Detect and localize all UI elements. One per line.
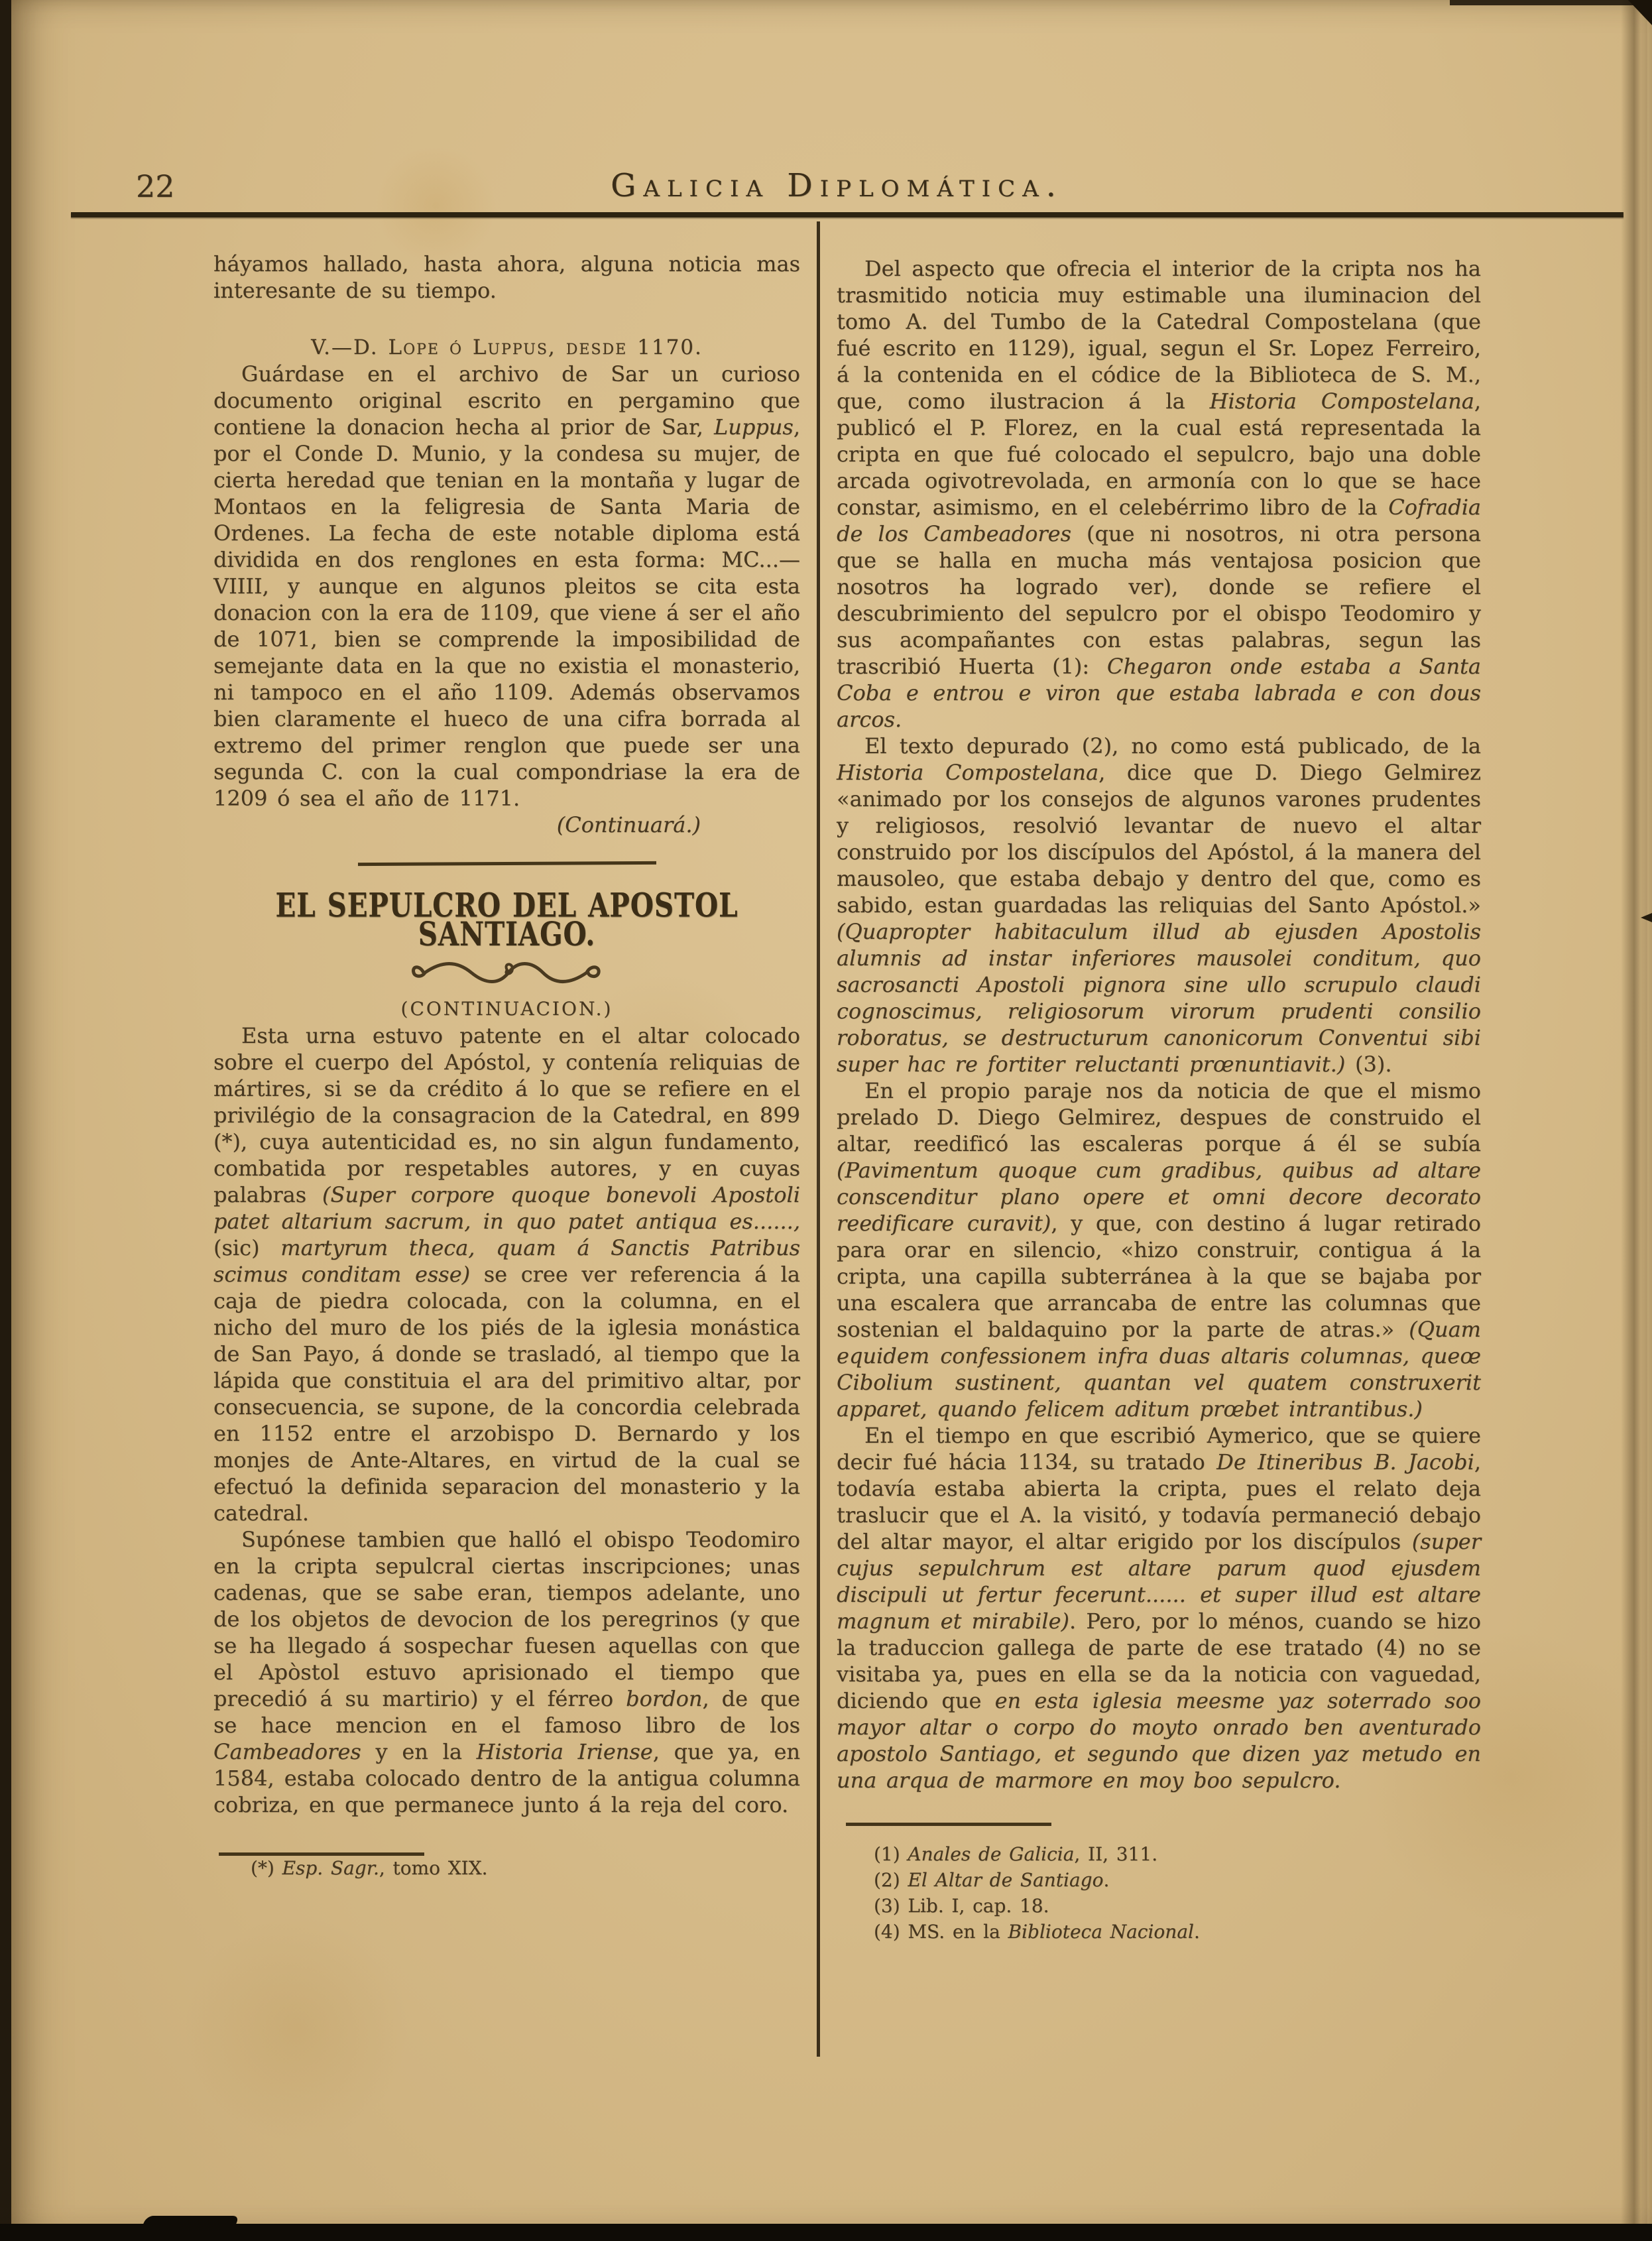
page-header: 22 Galicia Diplomática. (202, 167, 1472, 207)
scanned-document: 22 Galicia Diplomática. háyamos hallado,… (0, 0, 1652, 2241)
paragraph-continuation: háyamos hallado, hasta ahora, alguna not… (213, 251, 800, 304)
paragraph-donation: Guárdase en el archivo de Sar un curioso… (213, 361, 800, 812)
page-number: 22 (136, 168, 175, 204)
footnote-1: (1) Anales de Galicia, II, 311. (837, 1842, 1481, 1866)
to-be-continued-note: (Continuará.) (213, 812, 800, 838)
top-edge-shadow (1450, 0, 1652, 5)
header-rule (71, 212, 1623, 217)
continuation-label: (CONTINUACION.) (213, 996, 800, 1022)
paragraph-texto-depurado: El texto depurado (2), no como está publ… (837, 733, 1481, 1077)
left-column: háyamos hallado, hasta ahora, alguna not… (213, 251, 800, 1880)
right-column: Del aspecto que ofrecia el interior de l… (837, 255, 1481, 1944)
footnote-rule (846, 1823, 1051, 1826)
scan-bottom-edge (0, 2224, 1652, 2241)
paragraph-urn: Esta urna estuvo patente en el altar col… (213, 1022, 800, 1526)
section-divider-rule (357, 861, 656, 866)
scan-left-edge (0, 0, 11, 2241)
newspaper-page: 22 Galicia Diplomática. háyamos hallado,… (11, 0, 1652, 2241)
ornament-flourish-icon (213, 955, 800, 996)
footnote-2: (2) El Altar de Santiago. (837, 1868, 1481, 1892)
page-edge-crease (1621, 0, 1647, 2241)
masthead-title: Galicia Diplomática. (202, 167, 1472, 204)
footnote-3: (3) Lib. I, cap. 18. (837, 1894, 1481, 1918)
paragraph-aymerico: En el tiempo en que escribió Aymerico, q… (837, 1422, 1481, 1793)
footnote-list: (1) Anales de Galicia, II, 311. (2) El A… (837, 1842, 1481, 1944)
footnote-4: (4) MS. en la Biblioteca Nacional. (837, 1919, 1481, 1944)
column-divider-rule (817, 221, 820, 2057)
paragraph-teodomiro: Supónese tambien que halló el obispo Teo… (213, 1526, 800, 1818)
paragraph-paraje: En el propio paraje nos da noticia de qu… (837, 1077, 1481, 1422)
article-title: EL SEPULCRO DEL APOSTOL SANTIAGO. (249, 891, 765, 948)
section-heading-lope: V.—D. Lope ó Luppus, desde 1170. (213, 334, 800, 361)
paragraph-crypt: Del aspecto que ofrecia el interior de l… (837, 255, 1481, 733)
footnote-esp-sagr: (*) Esp. Sagr., tomo XIX. (213, 1856, 800, 1880)
